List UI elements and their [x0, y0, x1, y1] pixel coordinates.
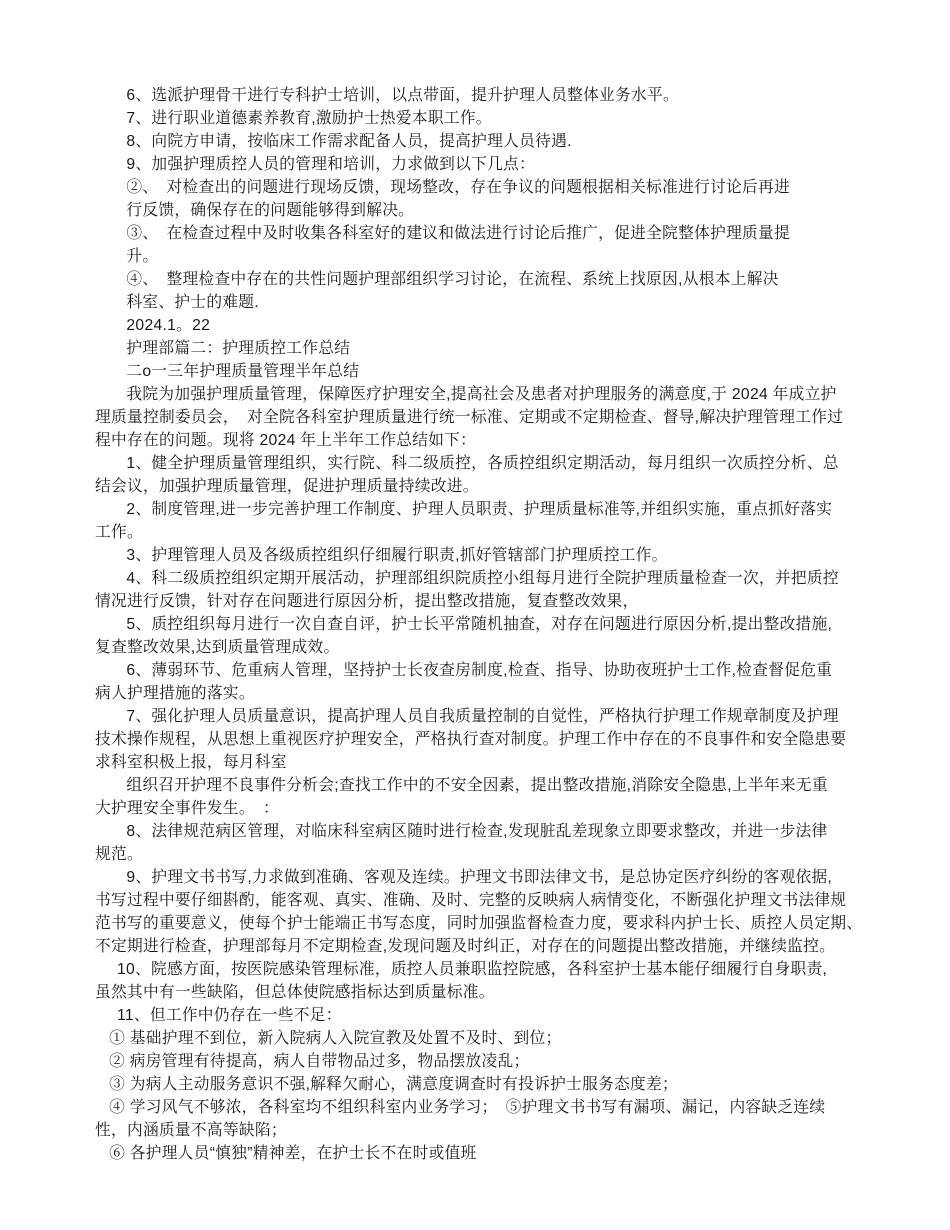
text-line: ① 基础护理不到位，新入院病人入院宣教及处置不及时、到位；	[95, 1027, 855, 1050]
text-line: 书写过程中要仔细斟酌，能客观、真实、准确、及时、完整的反映病人病情变化，不断强化…	[95, 889, 855, 912]
text-line: 2、制度管理,进一步完善护理工作制度、护理人员职责、护理质量标准等,并组织实施，…	[95, 498, 855, 521]
text-line: 科室、护士的难题.	[95, 291, 855, 314]
text-line: 大护理安全事件发生。 ：	[95, 797, 855, 820]
text-line: 程中存在的问题。现将 2024 年上半年工作总结如下：	[95, 429, 855, 452]
text-line: 求科室积极上报，每月科室	[95, 751, 855, 774]
text-line: 组织召开护理不良事件分析会;查找工作中的不安全因素，提出整改措施,消除安全隐患,…	[95, 774, 855, 797]
document-body: 6、选派护理骨干进行专科护士培训，以点带面，提升护理人员整体业务水平。7、进行职…	[95, 84, 855, 1165]
text-line: 4、科二级质控组织定期开展活动，护理部组织院质控小组每月进行全院护理质量检查一次…	[95, 567, 855, 590]
text-line: ③、 在检查过程中及时收集各科室好的建议和做法进行讨论后推广，促进全院整体护理质…	[95, 222, 855, 245]
text-line: 5、质控组织每月进行一次自查自评，护士长平常随机抽查，对存在问题进行原因分析,提…	[95, 613, 855, 636]
text-line: 范书写的重要意义，使每个护士能端正书写态度，同时加强监督检查力度，要求科内护士长…	[95, 912, 855, 935]
text-line: 理质量控制委员会， 对全院各科室护理质量进行统一标准、定期或不定期检查、督导,解…	[95, 406, 855, 429]
text-line: 2024.1。22	[95, 314, 855, 337]
text-line: 7、进行职业道德素养教育,激励护士热爱本职工作。	[95, 107, 855, 130]
text-line: 技术操作规程，从思想上重视医疗护理安全，严格执行查对制度。护理工作中存在的不良事…	[95, 728, 855, 751]
text-line: ④ 学习风气不够浓，各科室均不组织科室内业务学习； ⑤护理文书书写有漏项、漏记，…	[95, 1096, 855, 1119]
text-line: 升。	[95, 245, 855, 268]
text-line: 9、加强护理质控人员的管理和培训，力求做到以下几点：	[95, 153, 855, 176]
text-line: 二o一三年护理质量管理半年总结	[95, 360, 855, 383]
text-line: 7、强化护理人员质量意识，提高护理人员自我质量控制的自觉性，严格执行护理工作规章…	[95, 705, 855, 728]
text-line: ④、 整理检查中存在的共性问题护理部组织学习讨论，在流程、系统上找原因,从根本上…	[95, 268, 855, 291]
text-line: 虽然其中有一些缺陷，但总体使院感指标达到质量标准。	[95, 981, 855, 1004]
text-line: 病人护理措施的落实。	[95, 682, 855, 705]
text-line: 1、健全护理质量管理组织，实行院、科二级质控，各质控组织定期活动，每月组织一次质…	[95, 452, 855, 475]
text-line: 我院为加强护理质量管理，保障医疗护理安全,提高社会及患者对护理服务的满意度,于 …	[95, 383, 855, 406]
text-line: 结会议，加强护理质量管理，促进护理质量持续改进。	[95, 475, 855, 498]
text-line: 8、向院方申请，按临床工作需求配备人员，提高护理人员待遇.	[95, 130, 855, 153]
text-line: 工作。	[95, 521, 855, 544]
text-line: 10、院感方面，按医院感染管理标准，质控人员兼职监控院感，各科室护士基本能仔细履…	[95, 958, 855, 981]
document-canvas: 6、选派护理骨干进行专科护士培训，以点带面，提升护理人员整体业务水平。7、进行职…	[0, 0, 950, 1230]
text-line: 行反馈，确保存在的问题能够得到解决。	[95, 199, 855, 222]
text-line: 6、薄弱环节、危重病人管理，坚持护士长夜查房制度,检查、指导、协助夜班护士工作,…	[95, 659, 855, 682]
text-line: 8、法律规范病区管理，对临床科室病区随时进行检查,发现脏乱差现象立即要求整改，并…	[95, 820, 855, 843]
text-line: 复查整改效果,达到质量管理成效。	[95, 636, 855, 659]
text-line: 规范。	[95, 843, 855, 866]
text-line: 护理部篇二：护理质控工作总结	[95, 337, 855, 360]
text-line: ②、 对检查出的问题进行现场反馈，现场整改，存在争议的问题根据相关标准进行讨论后…	[95, 176, 855, 199]
text-line: 情况进行反馈，针对存在问题进行原因分析，提出整改措施，复查整改效果，	[95, 590, 855, 613]
text-line: 不定期进行检查，护理部每月不定期检查,发现问题及时纠正，对存在的问题提出整改措施…	[95, 935, 855, 958]
text-line: ③ 为病人主动服务意识不强,解释欠耐心，满意度调查时有投诉护士服务态度差；	[95, 1073, 855, 1096]
text-line: 9、护理文书书写,力求做到准确、客观及连续。护理文书即法律文书，是总协定医疗纠纷…	[95, 866, 855, 889]
text-line: 性，内涵质量不高等缺陷；	[95, 1119, 855, 1142]
text-line: ⑥ 各护理人员“慎独”精神差，在护士长不在时或值班	[95, 1142, 855, 1165]
text-line: 11、但工作中仍存在一些不足：	[95, 1004, 855, 1027]
text-line: 6、选派护理骨干进行专科护士培训，以点带面，提升护理人员整体业务水平。	[95, 84, 855, 107]
document-page: { "colors": { "background": "#ffffff", "…	[0, 0, 950, 1230]
text-line: 3、护理管理人员及各级质控组织仔细履行职责,抓好管辖部门护理质控工作。	[95, 544, 855, 567]
text-line: ② 病房管理有待提高，病人自带物品过多，物品摆放凌乱；	[95, 1050, 855, 1073]
